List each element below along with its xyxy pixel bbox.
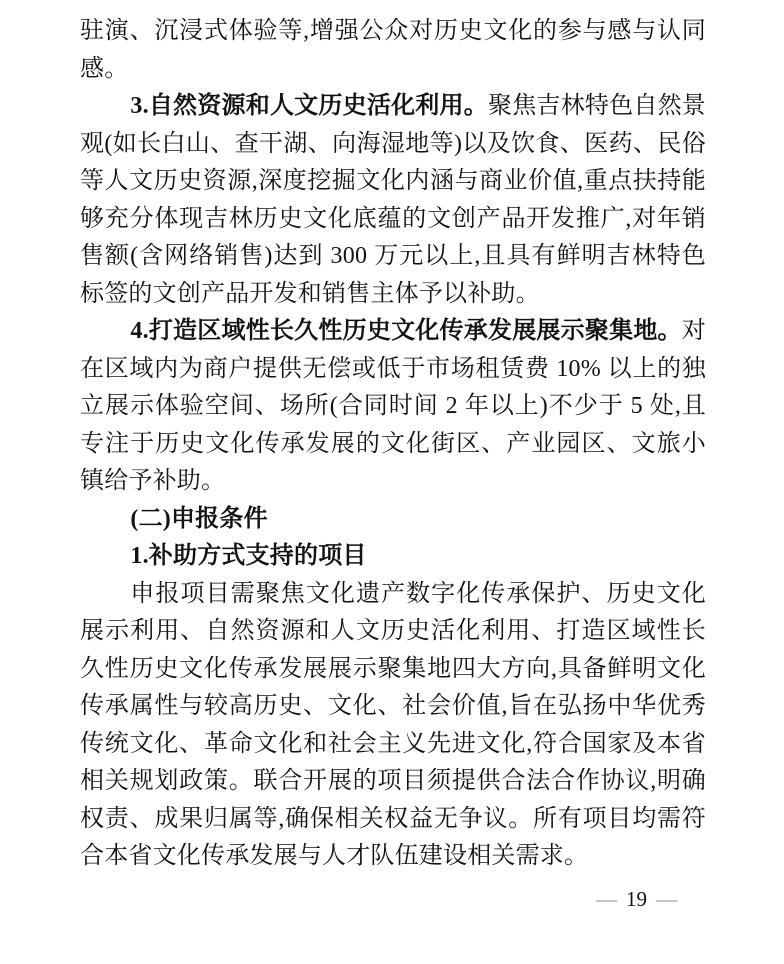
paragraph-application-requirements: 申报项目需聚焦文化遗产数字化传承保护、历史文化展示利用、自然资源和人文历史活化利… (80, 576, 706, 876)
paragraph-item-3: 3.自然资源和人文历史活化利用。聚焦吉林特色自然景观(如长白山、查干湖、向海湿地… (80, 88, 706, 313)
paragraph-lead: 4.打造区域性长久性历史文化传承发展展示聚集地。 (130, 318, 681, 344)
footer-dash-right: — (656, 887, 677, 911)
paragraph-continuation: 驻演、沉浸式体验等,增强公众对历史文化的参与感与认同感。 (80, 13, 706, 88)
paragraph-text: 聚焦吉林特色自然景观(如长白山、查干湖、向海湿地等)以及饮食、医药、民俗等人文历… (80, 93, 706, 307)
heading-text: 1.补助方式支持的项目 (130, 543, 366, 569)
document-page: 驻演、沉浸式体验等,增强公众对历史文化的参与感与认同感。 3.自然资源和人文历史… (0, 0, 784, 964)
paragraph-text: 驻演、沉浸式体验等,增强公众对历史文化的参与感与认同感。 (80, 18, 706, 82)
page-number: 19 (626, 887, 647, 911)
paragraph-lead: 3.自然资源和人文历史活化利用。 (130, 93, 488, 119)
section-heading-subsidy-projects: 1.补助方式支持的项目 (80, 538, 706, 576)
paragraph-text: 对在区域内为商户提供无偿或低于市场租赁费 10% 以上的独立展示体验空间、场所(… (80, 318, 706, 494)
page-footer: —19— (587, 887, 686, 912)
heading-text: (二)申报条件 (130, 506, 267, 532)
paragraph-item-4: 4.打造区域性长久性历史文化传承发展展示聚集地。对在区域内为商户提供无偿或低于市… (80, 313, 706, 501)
footer-dash-left: — (596, 887, 617, 911)
paragraph-text: 申报项目需聚焦文化遗产数字化传承保护、历史文化展示利用、自然资源和人文历史活化利… (80, 581, 706, 870)
section-heading-application-conditions: (二)申报条件 (80, 501, 706, 539)
